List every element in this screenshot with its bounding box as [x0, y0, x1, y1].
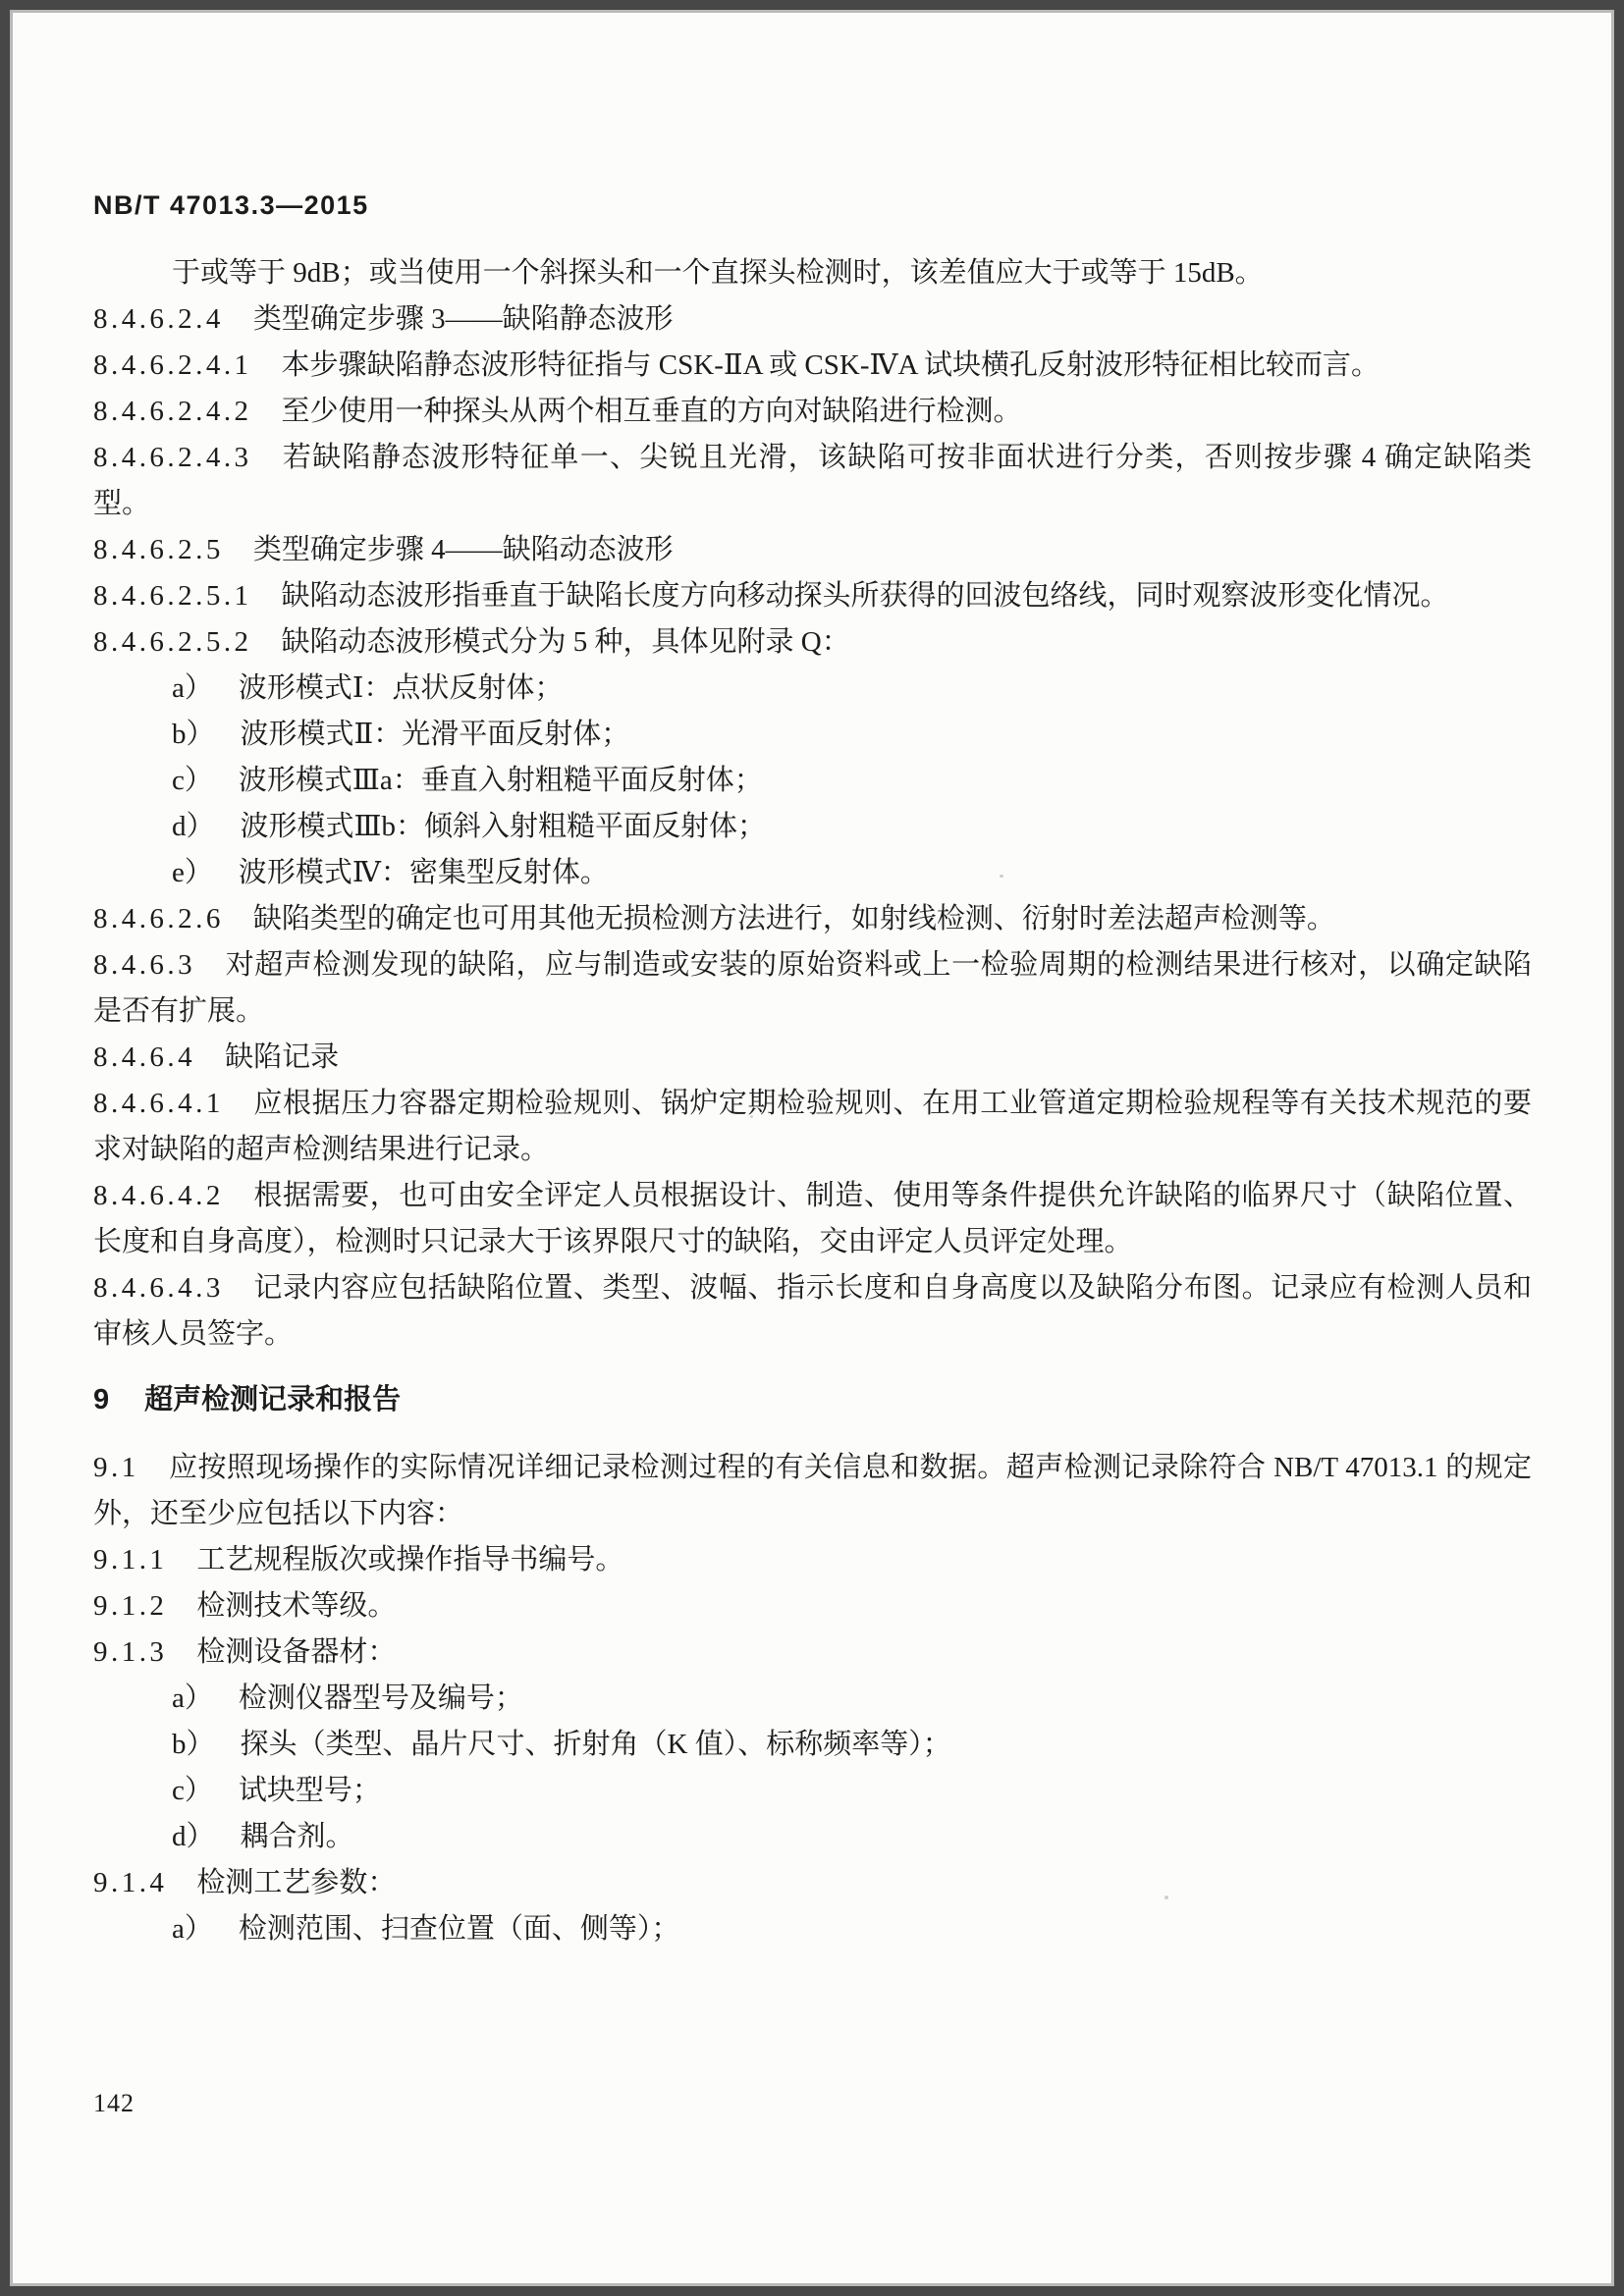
clause-text: 检测工艺参数： [196, 1867, 396, 1898]
clause-text: 缺陷动态波形指垂直于缺陷长度方向移动探头所获得的回波包络线，同时观察波形变化情况… [282, 580, 1449, 612]
clause-number: 8.4.6.2.6 [93, 903, 224, 934]
continuation-paragraph: 于或等于 9dB；或当使用一个斜探头和一个直探头检测时，该差值应大于或等于 15… [93, 250, 1532, 296]
list-text: 检测仪器型号及编号； [239, 1682, 523, 1714]
list-item: e）波形模式Ⅳ：密集型反射体。 [93, 850, 1532, 896]
clause-paragraph: 8.4.6.4.2根据需要，也可由安全评定人员根据设计、制造、使用等条件提供允许… [93, 1173, 1532, 1265]
clause-paragraph: 8.4.6.2.4.1本步骤缺陷静态波形特征指与 CSK-ⅡA 或 CSK-ⅣA… [93, 343, 1532, 389]
clause-number: 8.4.6.4.1 [93, 1088, 224, 1119]
clause-paragraph: 8.4.6.4.3记录内容应包括缺陷位置、类型、波幅、指示长度和自身高度以及缺陷… [93, 1265, 1532, 1358]
page-number: 142 [93, 2089, 135, 2118]
list-text: 耦合剂。 [241, 1821, 354, 1852]
list-item: b）探头（类型、晶片尺寸、折射角（K 值）、标称频率等）； [93, 1722, 1532, 1768]
clause-paragraph: 8.4.6.3对超声检测发现的缺陷，应与制造或安装的原始资料或上一检验周期的检测… [93, 942, 1532, 1035]
clause-paragraph: 9.1.4检测工艺参数： [93, 1860, 1532, 1906]
section-heading: 9超声检测记录和报告 [93, 1377, 1532, 1423]
list-marker: d） [172, 1821, 215, 1852]
clause-text: 应根据压力容器定期检验规则、锅炉定期检验规则、在用工业管道定期检验规程等有关技术… [93, 1088, 1532, 1165]
list-item: d）耦合剂。 [93, 1814, 1532, 1860]
clause-number: 8.4.6.3 [93, 949, 195, 981]
clause-text: 对超声检测发现的缺陷，应与制造或安装的原始资料或上一检验周期的检测结果进行核对，… [93, 949, 1532, 1027]
clause-text: 应按照现场操作的实际情况详细记录检测过程的有关信息和数据。超声检测记录除符合 N… [93, 1452, 1532, 1529]
clause-text: 超声检测记录和报告 [144, 1384, 401, 1415]
list-text: 波形模式Ⅲb：倾斜入射粗糙平面反射体； [241, 811, 766, 842]
list-item: a）检测范围、扫查位置（面、侧等）； [93, 1906, 1532, 1952]
clause-paragraph: 8.4.6.2.5.1缺陷动态波形指垂直于缺陷长度方向移动探头所获得的回波包络线… [93, 573, 1532, 619]
clause-paragraph: 8.4.6.2.4.3若缺陷静态波形特征单一、尖锐且光滑，该缺陷可按非面状进行分… [93, 435, 1532, 527]
clause-text: 缺陷记录 [225, 1041, 339, 1073]
list-item: d）波形模式Ⅲb：倾斜入射粗糙平面反射体； [93, 804, 1532, 850]
list-marker: a） [172, 672, 213, 704]
list-text: 检测范围、扫查位置（面、侧等）； [239, 1913, 680, 1945]
list-marker: b） [172, 1729, 215, 1760]
clause-number: 8.4.6.2.5.2 [93, 626, 252, 658]
list-marker: c） [172, 1775, 213, 1806]
list-marker: a） [172, 1913, 213, 1945]
clause-paragraph: 8.4.6.2.4类型确定步骤 3——缺陷静态波形 [93, 296, 1532, 343]
clause-number: 9 [93, 1384, 109, 1415]
clause-text: 至少使用一种探头从两个相互垂直的方向对缺陷进行检测。 [282, 396, 1022, 427]
clause-paragraph: 8.4.6.2.5类型确定步骤 4——缺陷动态波形 [93, 527, 1532, 573]
clause-number: 8.4.6.2.5 [93, 534, 224, 565]
clause-paragraph: 9.1.1工艺规程版次或操作指导书编号。 [93, 1537, 1532, 1583]
list-item: a）波形模式Ⅰ：点状反射体； [93, 666, 1532, 712]
clause-text: 类型确定步骤 3——缺陷静态波形 [253, 303, 674, 335]
document-page: NB/T 47013.3—2015 于或等于 9dB；或当使用一个斜探头和一个直… [0, 0, 1624, 2296]
clause-paragraph: 8.4.6.4.1应根据压力容器定期检验规则、锅炉定期检验规则、在用工业管道定期… [93, 1081, 1532, 1173]
clause-text: 记录内容应包括缺陷位置、类型、波幅、指示长度和自身高度以及缺陷分布图。记录应有检… [93, 1272, 1532, 1350]
list-text: 波形模式Ⅲa：垂直入射粗糙平面反射体； [239, 765, 763, 796]
clause-text: 根据需要，也可由安全评定人员根据设计、制造、使用等条件提供允许缺陷的临界尺寸（缺… [93, 1180, 1532, 1257]
clause-text: 本步骤缺陷静态波形特征指与 CSK-ⅡA 或 CSK-ⅣA 试块横孔反射波形特征… [282, 349, 1380, 381]
clause-number: 9.1 [93, 1452, 139, 1483]
list-item: b）波形模式Ⅱ：光滑平面反射体； [93, 712, 1532, 758]
document-body: 于或等于 9dB；或当使用一个斜探头和一个直探头检测时，该差值应大于或等于 15… [93, 250, 1532, 1952]
list-marker: d） [172, 811, 215, 842]
clause-number: 8.4.6.2.4.3 [93, 442, 252, 473]
clause-text: 缺陷动态波形模式分为 5 种，具体见附录 Q： [282, 626, 850, 658]
clause-number: 8.4.6.4.3 [93, 1272, 224, 1304]
clause-paragraph: 8.4.6.2.5.2缺陷动态波形模式分为 5 种，具体见附录 Q： [93, 619, 1532, 666]
clause-text: 工艺规程版次或操作指导书编号。 [196, 1544, 623, 1575]
clause-text: 检测设备器材： [196, 1636, 396, 1668]
clause-paragraph: 8.4.6.2.4.2至少使用一种探头从两个相互垂直的方向对缺陷进行检测。 [93, 389, 1532, 435]
page-content: NB/T 47013.3—2015 于或等于 9dB；或当使用一个斜探头和一个直… [93, 183, 1532, 1952]
list-item: c）波形模式Ⅲa：垂直入射粗糙平面反射体； [93, 758, 1532, 804]
standard-number-header: NB/T 47013.3—2015 [93, 183, 1532, 229]
clause-paragraph: 9.1.3检测设备器材： [93, 1629, 1532, 1676]
clause-number: 9.1.3 [93, 1636, 167, 1668]
list-text: 波形模式Ⅱ：光滑平面反射体； [241, 719, 630, 750]
clause-number: 8.4.6.2.5.1 [93, 580, 252, 612]
clause-number: 9.1.1 [93, 1544, 167, 1575]
list-marker: c） [172, 765, 213, 796]
clause-number: 9.1.4 [93, 1867, 167, 1898]
list-marker: a） [172, 1682, 213, 1714]
clause-text: 检测技术等级。 [196, 1590, 396, 1622]
list-item: c）试块型号； [93, 1768, 1532, 1814]
clause-paragraph: 9.1应按照现场操作的实际情况详细记录检测过程的有关信息和数据。超声检测记录除符… [93, 1445, 1532, 1537]
list-text: 试块型号； [239, 1775, 381, 1806]
clause-number: 8.4.6.4 [93, 1041, 195, 1073]
clause-paragraph: 8.4.6.2.6缺陷类型的确定也可用其他无损检测方法进行，如射线检测、衍射时差… [93, 896, 1532, 942]
list-text: 波形模式Ⅳ：密集型反射体。 [239, 857, 609, 888]
list-marker: e） [172, 857, 213, 888]
clause-number: 8.4.6.2.4.1 [93, 349, 252, 381]
list-item: a）检测仪器型号及编号； [93, 1676, 1532, 1722]
list-marker: b） [172, 719, 215, 750]
clause-text: 类型确定步骤 4——缺陷动态波形 [253, 534, 674, 565]
clause-paragraph: 9.1.2检测技术等级。 [93, 1583, 1532, 1629]
clause-number: 9.1.2 [93, 1590, 167, 1622]
clause-text: 缺陷类型的确定也可用其他无损检测方法进行，如射线检测、衍射时差法超声检测等。 [253, 903, 1335, 934]
clause-text: 若缺陷静态波形特征单一、尖锐且光滑，该缺陷可按非面状进行分类，否则按步骤 4 确… [93, 442, 1532, 519]
clause-number: 8.4.6.4.2 [93, 1180, 224, 1211]
list-text: 探头（类型、晶片尺寸、折射角（K 值）、标称频率等）； [241, 1729, 951, 1760]
clause-number: 8.4.6.2.4.2 [93, 396, 252, 427]
list-text: 波形模式Ⅰ：点状反射体； [239, 672, 563, 704]
clause-paragraph: 8.4.6.4缺陷记录 [93, 1035, 1532, 1081]
clause-number: 8.4.6.2.4 [93, 303, 224, 335]
